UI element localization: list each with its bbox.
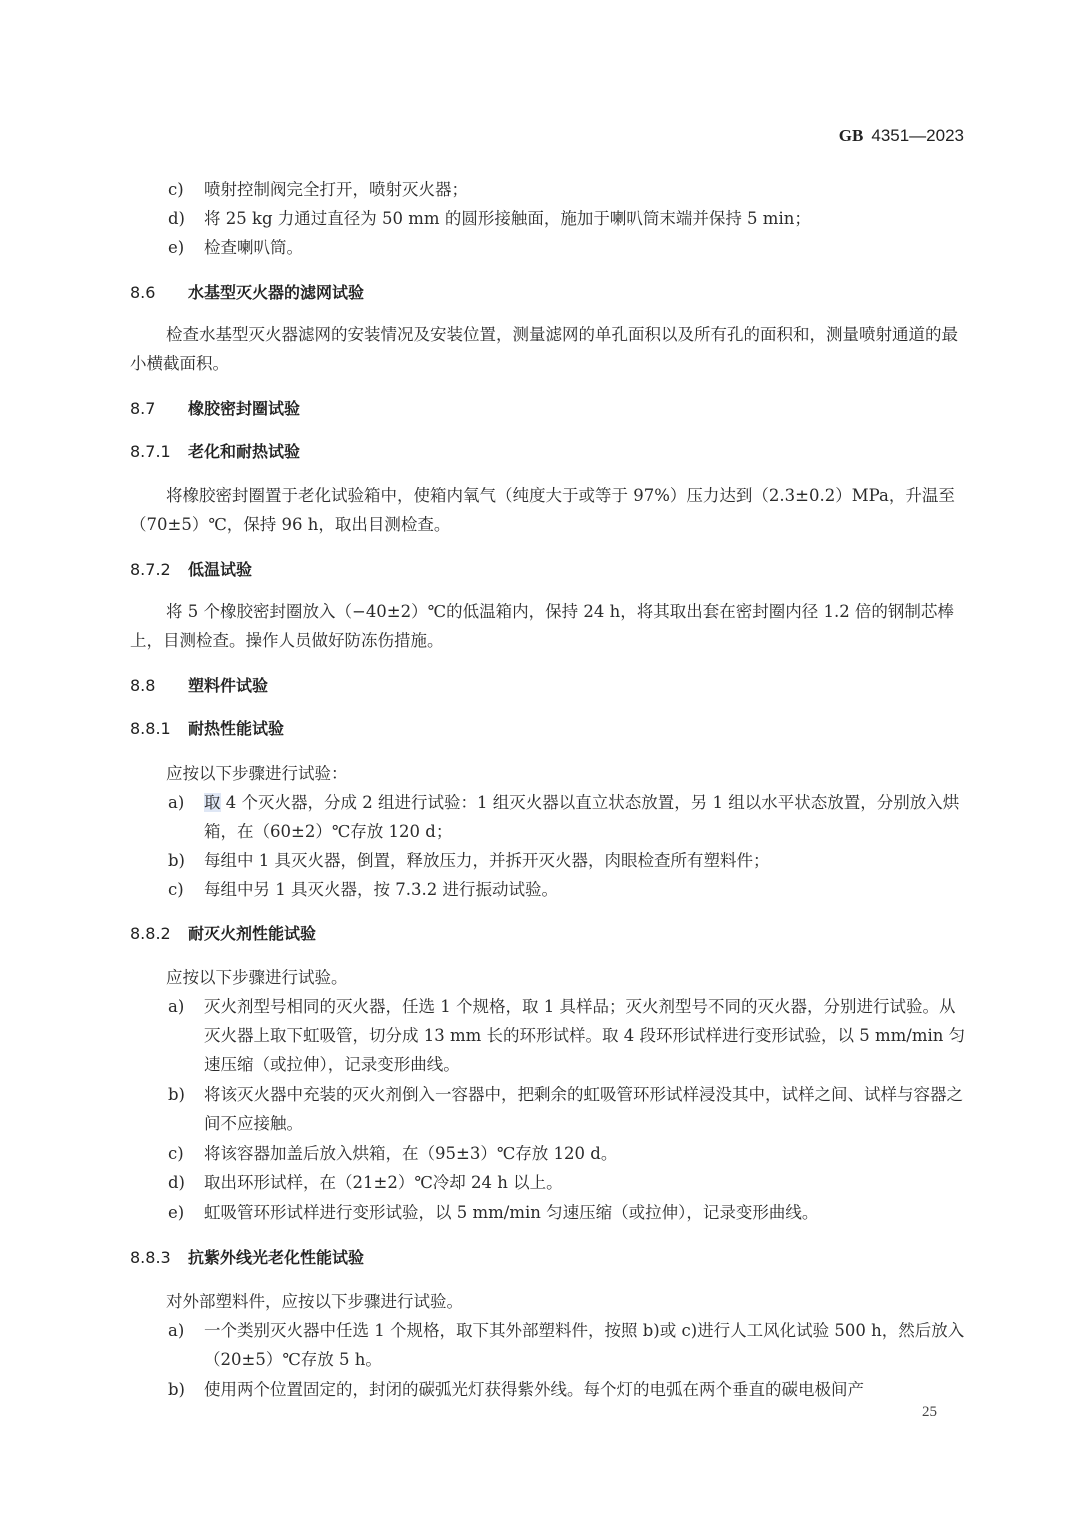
section-title: 抗紫外线光老化性能试验 — [188, 1248, 364, 1267]
item-text: 取 4 个灭火器，分成 2 组进行试验：1 组灭火器以直立状态放置，另 1 组以… — [204, 788, 966, 846]
item-label: a) — [168, 992, 184, 1021]
item-label: b) — [168, 1375, 185, 1404]
item-label: b) — [168, 1080, 185, 1109]
section-heading-8-7: 8.7橡胶密封圈试验 — [130, 394, 300, 423]
section-number: 8.8.2 — [130, 919, 188, 948]
item-text: 将该容器加盖后放入烘箱，在（95±3）℃存放 120 d。 — [204, 1139, 966, 1168]
item-text: 检查喇叭筒。 — [204, 233, 966, 262]
section-number: 8.7.2 — [130, 555, 188, 584]
item-label: c) — [168, 175, 184, 204]
item-text: 取出环形试样，在（21±2）℃冷却 24 h 以上。 — [204, 1168, 966, 1197]
item-text: 虹吸管环形试样进行变形试验，以 5 mm/min 匀速压缩（或拉伸），记录变形曲… — [204, 1198, 966, 1227]
item-text: 喷射控制阀完全打开，喷射灭火器； — [204, 175, 966, 204]
item-label: d) — [168, 204, 185, 233]
section-title: 耐灭火剂性能试验 — [188, 924, 316, 943]
section-number: 8.7.1 — [130, 437, 188, 466]
item-label: a) — [168, 1316, 184, 1345]
item-text: 将 25 kg 力通过直径为 50 mm 的圆形接触面，施加于喇叭筒末端并保持 … — [204, 204, 966, 233]
item-label: c) — [168, 875, 184, 904]
item-text: 使用两个位置固定的，封闭的碳弧光灯获得紫外线。每个灯的电弧在两个垂直的碳电极间产 — [204, 1375, 966, 1404]
section-number: 8.7 — [130, 394, 188, 423]
section-number: 8.8.3 — [130, 1243, 188, 1272]
section-heading-8-8-2: 8.8.2耐灭火剂性能试验 — [130, 919, 316, 948]
standard-code: 4351—2023 — [871, 126, 964, 145]
intro-text: 应按以下步骤进行试验： — [166, 759, 966, 788]
page-number: 25 — [922, 1404, 937, 1421]
paragraph: 将 5 个橡胶密封圈放入（−40±2）℃的低温箱内，保持 24 h，将其取出套在… — [130, 597, 966, 655]
item-label: a) — [168, 788, 184, 817]
item-text: 将该灭火器中充装的灭火剂倒入一容器中，把剩余的虹吸管环形试样浸没其中，试样之间、… — [204, 1080, 966, 1138]
item-text: 每组中 1 具灭火器，倒置，释放压力，并拆开灭火器，肉眼检查所有塑料件； — [204, 846, 966, 875]
section-heading-8-8-3: 8.8.3抗紫外线光老化性能试验 — [130, 1243, 364, 1272]
section-heading-8-7-2: 8.7.2低温试验 — [130, 555, 252, 584]
paragraph: 将橡胶密封圈置于老化试验箱中，使箱内氧气（纯度大于或等于 97%）压力达到（2.… — [130, 481, 966, 539]
section-number: 8.8 — [130, 671, 188, 700]
section-heading-8-8: 8.8塑料件试验 — [130, 671, 268, 700]
item-label: d) — [168, 1168, 185, 1197]
item-text: 灭火剂型号相同的灭火器，任选 1 个规格，取 1 具样品；灭火剂型号不同的灭火器… — [204, 992, 966, 1079]
section-number: 8.8.1 — [130, 714, 188, 743]
item-label: b) — [168, 846, 185, 875]
item-text: 一个类别灭火器中任选 1 个规格，取下其外部塑料件，按照 b)或 c)进行人工风… — [204, 1316, 966, 1374]
section-title: 耐热性能试验 — [188, 719, 284, 738]
item-label: e) — [168, 1198, 184, 1227]
standard-number: GB4351—2023 — [839, 126, 964, 146]
item-text-rest: 4 个灭火器，分成 2 组进行试验：1 组灭火器以直立状态放置，另 1 组以水平… — [204, 793, 959, 841]
standard-prefix: GB — [839, 126, 864, 145]
item-label: c) — [168, 1139, 184, 1168]
section-title: 橡胶密封圈试验 — [188, 399, 300, 418]
section-heading-8-6: 8.6水基型灭火器的滤网试验 — [130, 278, 364, 307]
section-title: 低温试验 — [188, 560, 252, 579]
intro-text: 对外部塑料件，应按以下步骤进行试验。 — [166, 1287, 966, 1316]
text-selection-highlight[interactable]: 取 — [204, 793, 221, 812]
paragraph: 检查水基型灭火器滤网的安装情况及安装位置，测量滤网的单孔面积以及所有孔的面积和，… — [130, 320, 966, 378]
section-title: 老化和耐热试验 — [188, 442, 300, 461]
section-number: 8.6 — [130, 278, 188, 307]
section-title: 水基型灭火器的滤网试验 — [188, 283, 364, 302]
section-heading-8-8-1: 8.8.1耐热性能试验 — [130, 714, 284, 743]
intro-text: 应按以下步骤进行试验。 — [166, 963, 966, 992]
item-text: 每组中另 1 具灭火器，按 7.3.2 进行振动试验。 — [204, 875, 966, 904]
item-label: e) — [168, 233, 184, 262]
section-heading-8-7-1: 8.7.1老化和耐热试验 — [130, 437, 300, 466]
section-title: 塑料件试验 — [188, 676, 268, 695]
